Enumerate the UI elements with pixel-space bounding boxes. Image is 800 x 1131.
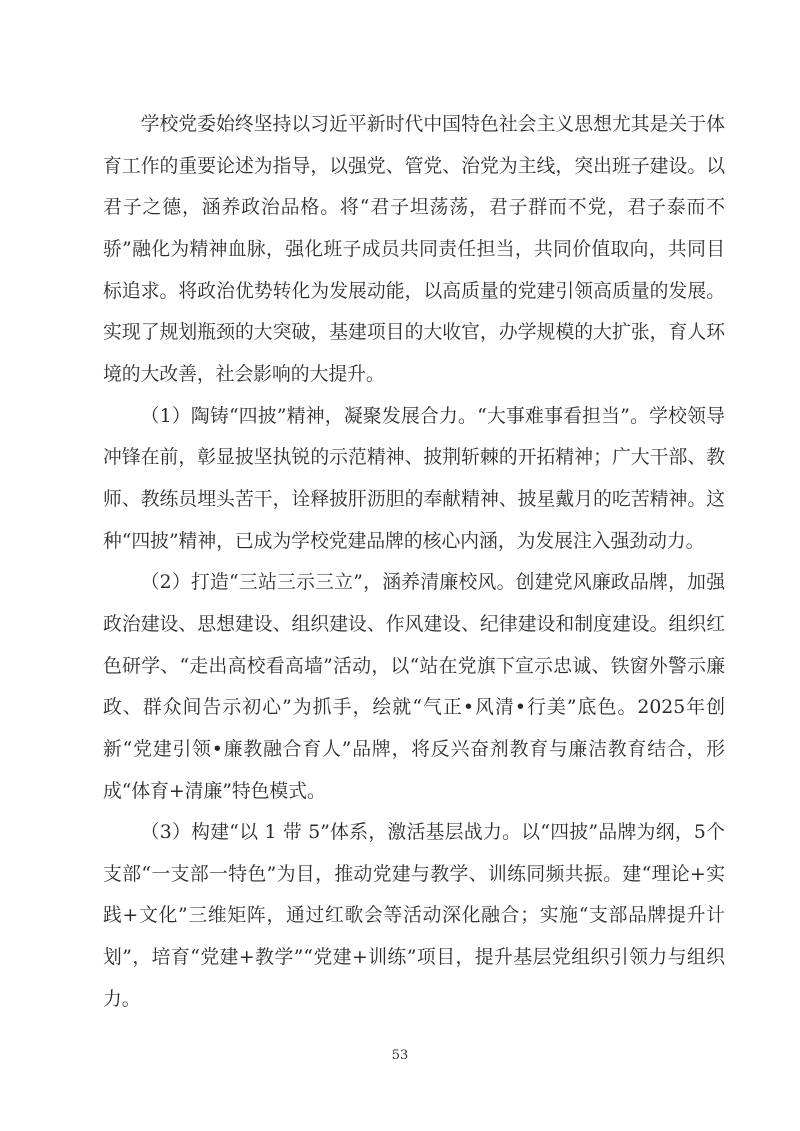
paragraph-intro: 学校党委始终坚持以习近平新时代中国特色社会主义思想尤其是关于体育工作的重要论述为… — [103, 104, 725, 396]
document-page: 学校党委始终坚持以习近平新时代中国特色社会主义思想尤其是关于体育工作的重要论述为… — [0, 0, 800, 1131]
body-text: 学校党委始终坚持以习近平新时代中国特色社会主义思想尤其是关于体育工作的重要论述为… — [103, 104, 725, 1020]
page-number: 53 — [392, 1048, 409, 1063]
paragraph-item-3: （3）构建“以 1 带 5”体系，激活基层战力。以“四披”品牌为纲，5个支部“一… — [103, 812, 725, 1020]
page-footer: 53 — [0, 1044, 800, 1068]
paragraph-item-2: （2）打造“三站三示三立”，涵养清廉校风。创建党风廉政品牌，加强政治建设、思想建… — [103, 562, 725, 812]
paragraph-item-1: （1）陶铸“四披”精神，凝聚发展合力。“大事难事看担当”。学校领导冲锋在前，彰显… — [103, 396, 725, 563]
